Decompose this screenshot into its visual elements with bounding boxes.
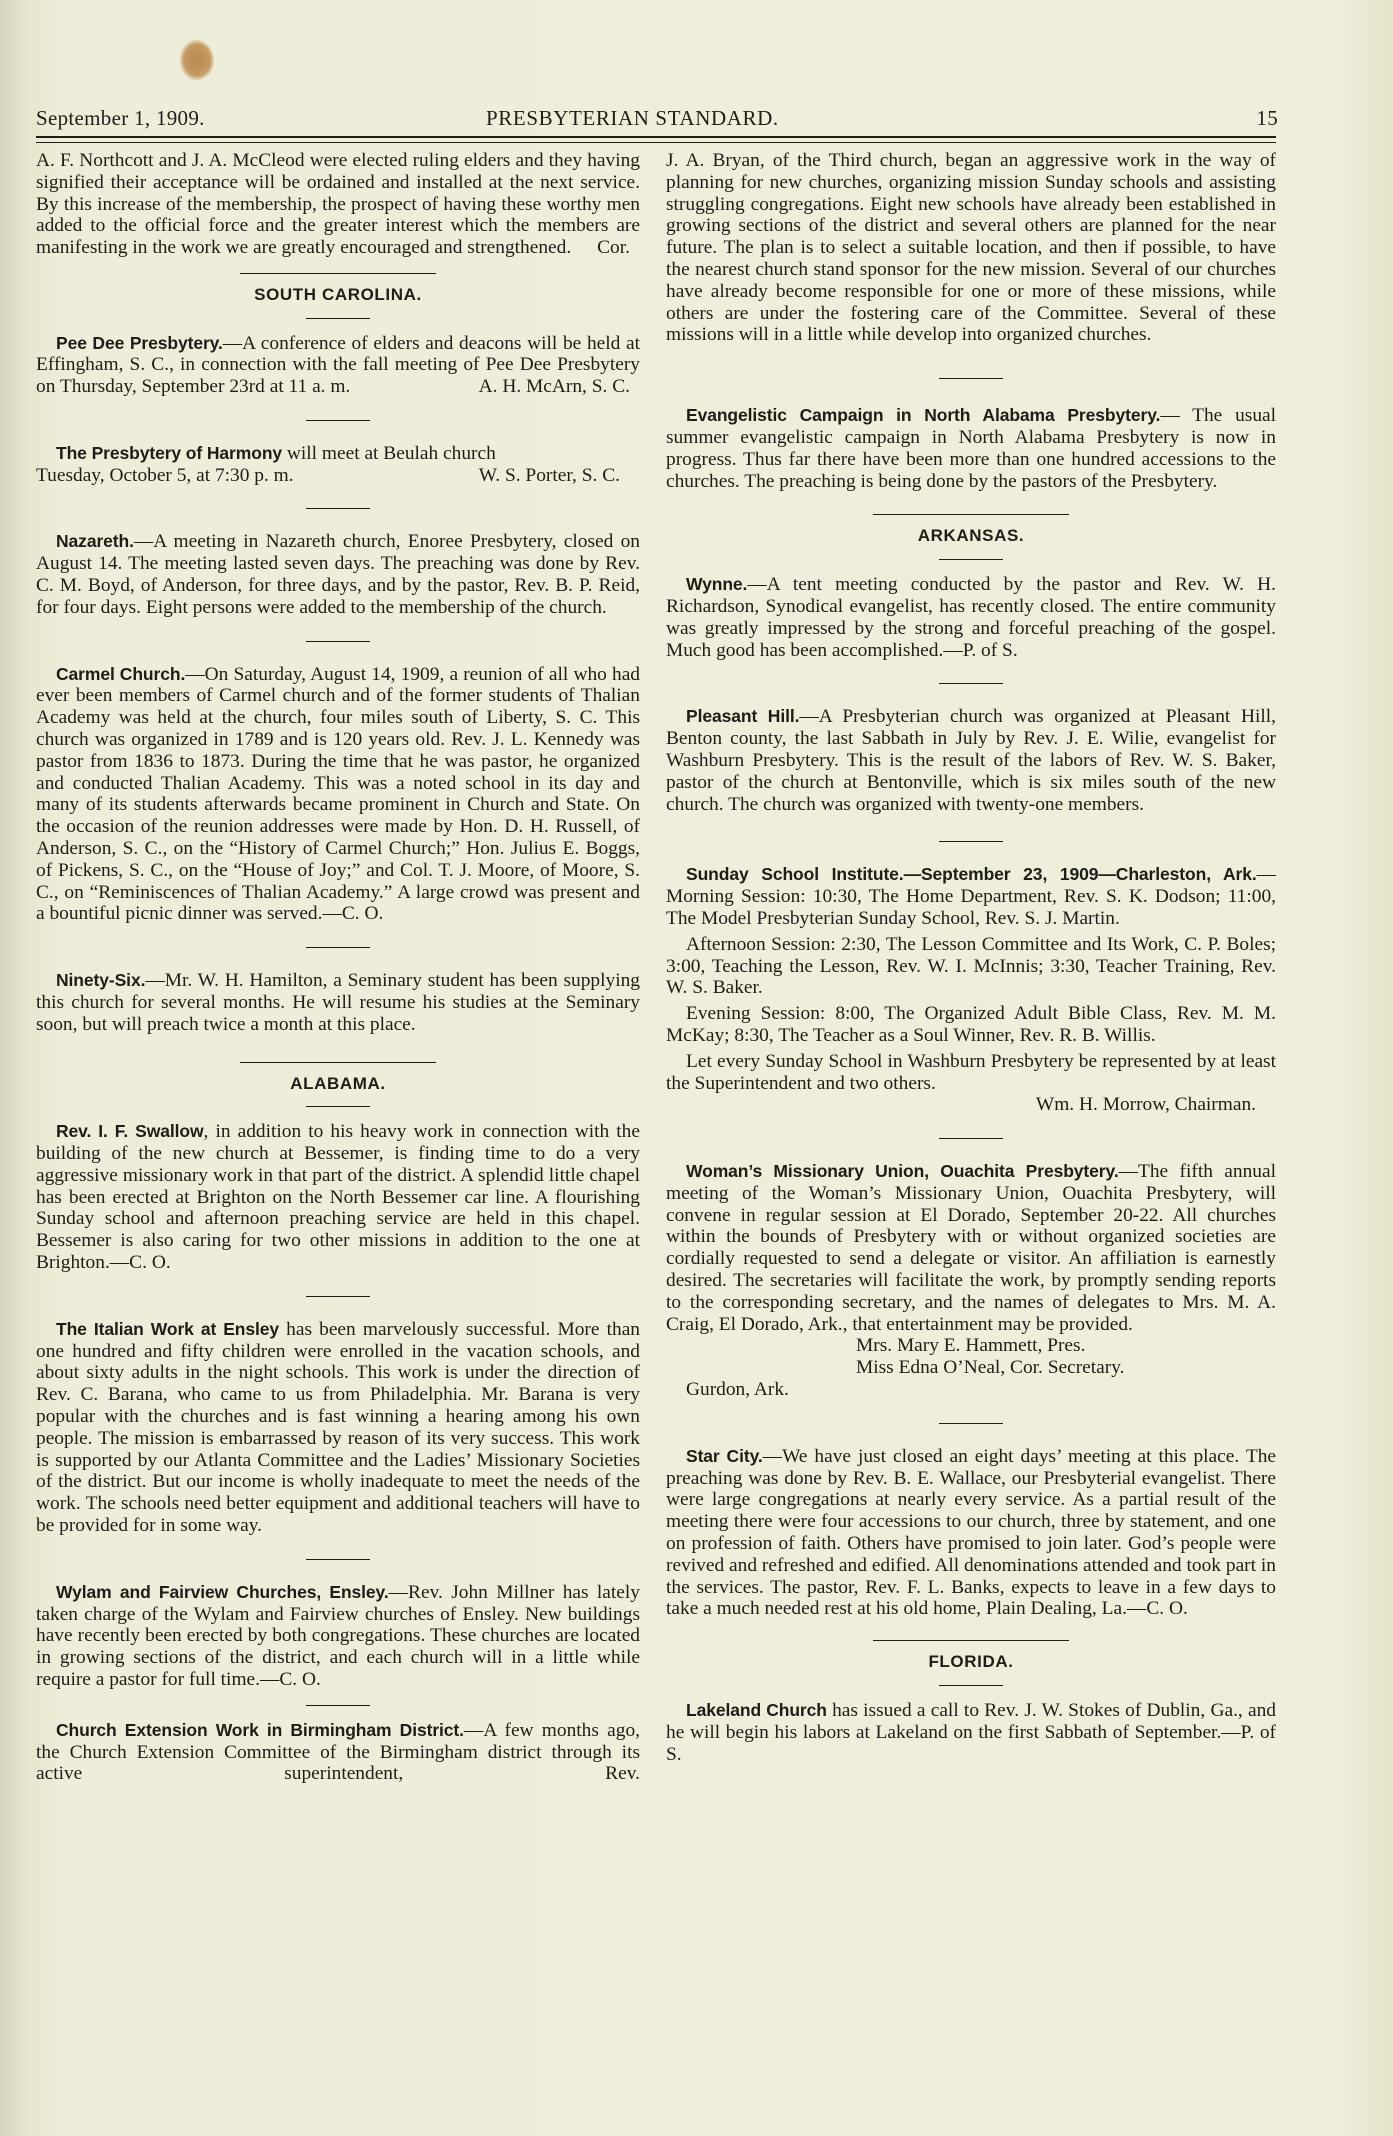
article-body: A. F. Northcott and J. A. McCleod were e… — [36, 150, 640, 259]
afternoon-session: Afternoon Session: 2:30, The Lesson Comm… — [666, 934, 1276, 999]
page-number: 15 — [1256, 106, 1278, 131]
right-column: J. A. Bryan, of the Third church, began … — [666, 150, 1276, 1765]
article-rule — [306, 1559, 370, 1560]
header-double-rule — [36, 136, 1276, 143]
article-body: —The fifth annual meeting of the Woman’s… — [666, 1161, 1276, 1335]
article-body: has been marvelously successful. More th… — [36, 1319, 640, 1536]
article-title: Sunday School Institute.—September 23, 1… — [686, 864, 1257, 884]
section-rule — [306, 1106, 370, 1107]
article-harmony: The Presbytery of Harmony will meet at B… — [36, 443, 640, 487]
article-body-line: Tuesday, October 5, at 7:30 p. m. — [36, 465, 294, 487]
article-wynne: Wynne.—A tent meeting conducted by the p… — [666, 574, 1276, 661]
article-title: The Presbytery of Harmony — [56, 443, 282, 463]
section-rule — [240, 273, 436, 274]
section-rule — [873, 514, 1069, 515]
article-title: Pleasant Hill. — [686, 706, 799, 726]
article-title: Woman’s Missionary Union, Ouachita Presb… — [686, 1161, 1119, 1181]
article-rule — [306, 420, 370, 421]
article-rule — [306, 1296, 370, 1297]
article-rule — [306, 947, 370, 948]
article-title: Wylam and Fairview Churches, Ensley. — [56, 1582, 389, 1602]
article-lakeland: Lakeland Church has issued a call to Rev… — [666, 1700, 1276, 1765]
article-rule — [939, 683, 1003, 684]
article-signature: W. S. Porter, S. C. — [479, 465, 640, 487]
article-title: Nazareth. — [56, 531, 134, 551]
article-signature: Wm. H. Morrow, Chairman. — [666, 1094, 1276, 1116]
article-swallow: Rev. I. F. Swallow, in addition to his h… — [36, 1121, 640, 1274]
article-title: The Italian Work at Ensley — [56, 1319, 279, 1339]
article-rule — [939, 378, 1003, 379]
article-church-extension: Church Extension Work in Birmingham Dist… — [36, 1720, 640, 1785]
article-title: Star City. — [686, 1446, 763, 1466]
article-body: —A tent meeting conducted by the pastor … — [666, 574, 1276, 660]
section-rule — [939, 1685, 1003, 1686]
article-wylam: Wylam and Fairview Churches, Ensley.—Rev… — [36, 1582, 640, 1691]
article-body: J. A. Bryan, of the Third church, began … — [666, 150, 1276, 346]
section-rule — [873, 1640, 1069, 1641]
article-church-extension-continued: J. A. Bryan, of the Third church, began … — [666, 150, 1276, 346]
section-heading-florida: FLORIDA. — [666, 1651, 1276, 1673]
section-rule — [240, 1062, 436, 1063]
article-body: —We have just closed an eight days’ meet… — [666, 1446, 1276, 1620]
article-sunday-school-institute: Sunday School Institute.—September 23, 1… — [666, 864, 1276, 1116]
section-heading-south-carolina: SOUTH CAROLINA. — [36, 284, 640, 306]
article-rule — [939, 841, 1003, 842]
article-title: Evangelistic Campaign in North Alabama P… — [686, 405, 1160, 425]
article-rule — [306, 641, 370, 642]
issue-date: September 1, 1909. — [36, 106, 205, 131]
article-title: Rev. I. F. Swallow — [56, 1121, 204, 1141]
closing-note: Let every Sunday School in Washburn Pres… — [666, 1051, 1276, 1095]
article-pleasant-hill: Pleasant Hill.—A Presbyterian church was… — [666, 706, 1276, 815]
left-column: A. F. Northcott and J. A. McCleod were e… — [36, 150, 640, 1785]
article-nazareth: Nazareth.—A meeting in Nazareth church, … — [36, 531, 640, 618]
article-rule — [306, 508, 370, 509]
article-place: Gurdon, Ark. — [666, 1379, 1276, 1401]
section-heading-arkansas: ARKANSAS. — [666, 525, 1276, 547]
article-pee-dee: Pee Dee Presbytery.—A conference of elde… — [36, 333, 640, 398]
article-title: Pee Dee Presbytery. — [56, 333, 223, 353]
article-ninety-six: Ninety-Six.—Mr. W. H. Hamilton, a Semina… — [36, 970, 640, 1035]
article-body: —On Saturday, August 14, 1909, a reunion… — [36, 664, 640, 925]
article-womans-missionary-union: Woman’s Missionary Union, Ouachita Presb… — [666, 1161, 1276, 1401]
section-rule — [306, 318, 370, 319]
article-title: Wynne. — [686, 574, 747, 594]
article-rule — [939, 1423, 1003, 1424]
article-italian-work: The Italian Work at Ensley has been marv… — [36, 1319, 640, 1537]
page-header: September 1, 1909. PRESBYTERIAN STANDARD… — [36, 106, 1276, 134]
article-body: will meet at Beulah church — [282, 443, 496, 464]
article-title: Church Extension Work in Birmingham Dist… — [56, 1720, 464, 1740]
article-north-alabama: Evangelistic Campaign in North Alabama P… — [666, 405, 1276, 492]
signature-secretary: Miss Edna O’Neal, Cor. Secretary. — [666, 1357, 1276, 1379]
article-carmel: Carmel Church.—On Saturday, August 14, 1… — [36, 664, 640, 926]
article-rule — [939, 1138, 1003, 1139]
section-heading-alabama: ALABAMA. — [36, 1073, 640, 1095]
publication-title: PRESBYTERIAN STANDARD. — [486, 106, 779, 131]
evening-session: Evening Session: 8:00, The Organized Adu… — [666, 1003, 1276, 1047]
paper-stain — [180, 40, 214, 80]
article-title: Lakeland Church — [686, 1700, 827, 1720]
signature-president: Mrs. Mary E. Hammett, Pres. — [666, 1335, 1276, 1357]
article-body: , in addition to his heavy work in conne… — [36, 1121, 640, 1273]
article-northcott: A. F. Northcott and J. A. McCleod were e… — [36, 150, 640, 259]
article-star-city: Star City.—We have just closed an eight … — [666, 1446, 1276, 1620]
article-title: Ninety-Six. — [56, 970, 145, 990]
section-rule — [939, 559, 1003, 560]
article-title: Carmel Church. — [56, 664, 185, 684]
article-rule — [306, 1705, 370, 1706]
